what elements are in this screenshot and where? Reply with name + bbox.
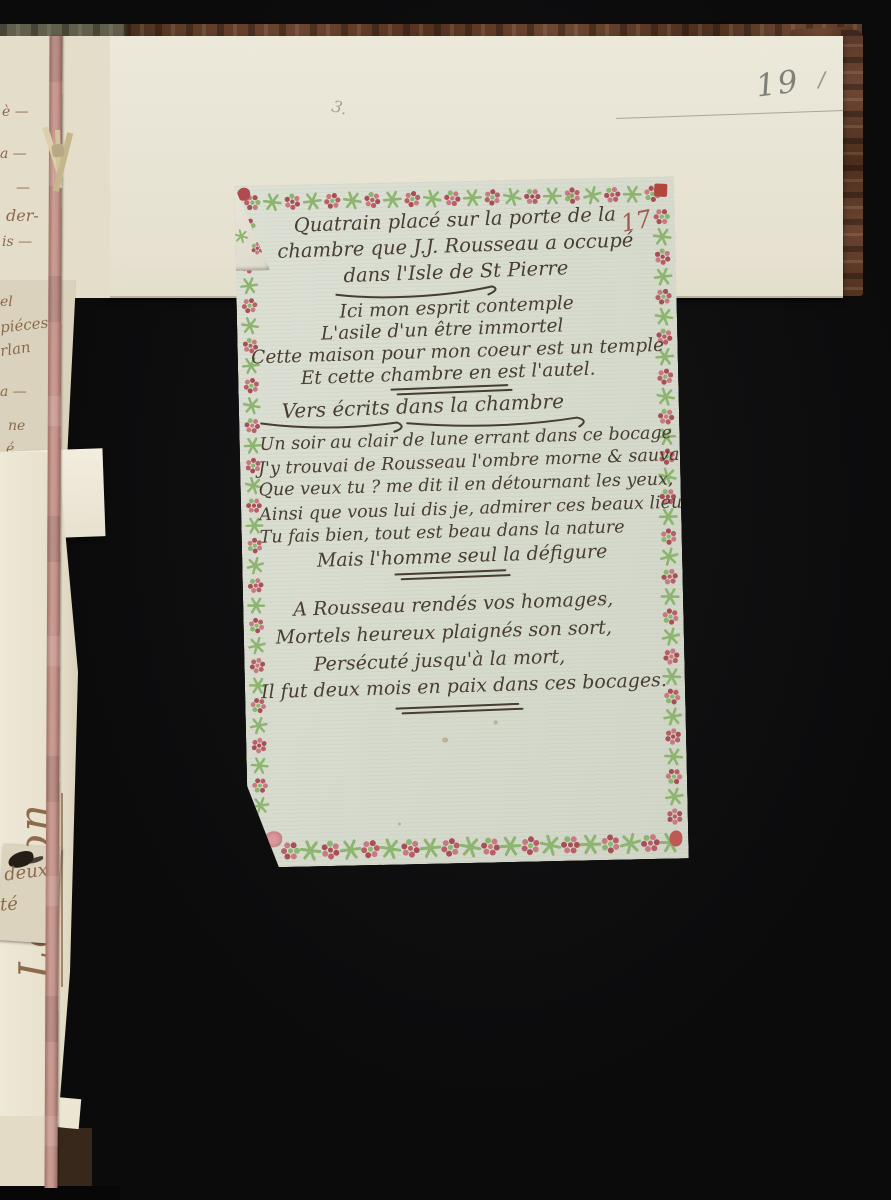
corner-paint-blob <box>654 183 667 196</box>
paper-tassel <box>38 124 78 200</box>
rousseau-quatrain-sheet: 17 Quatrain placé sur la porte de la cha… <box>234 176 689 867</box>
corner-paint-blob <box>669 830 682 846</box>
corner-rosette <box>264 831 282 847</box>
manuscript-fragment: a — <box>0 146 27 162</box>
manuscript-fragment: — <box>16 180 30 196</box>
foxing-spot <box>567 193 573 199</box>
manuscript-fragment: a — <box>0 384 27 400</box>
manuscript-fragment: el <box>0 294 13 310</box>
photographed-album-page: 19 / 3. è — a — — der- is — el piéces rl… <box>0 0 891 1200</box>
bottom-shadow <box>0 1186 120 1200</box>
manuscript-fragment: té <box>0 893 19 915</box>
london-document <box>0 452 82 1124</box>
book-fore-edge-leather <box>841 30 863 296</box>
foxing-spot <box>494 720 498 724</box>
manuscript-fragment: der- <box>6 206 39 225</box>
folio-number: 19 <box>754 63 802 104</box>
manuscript-fragment: is — <box>2 234 32 250</box>
manuscript-fragment: ne <box>8 418 25 434</box>
foxing-spot <box>398 823 401 826</box>
manuscript-fragment: è — <box>2 104 29 120</box>
